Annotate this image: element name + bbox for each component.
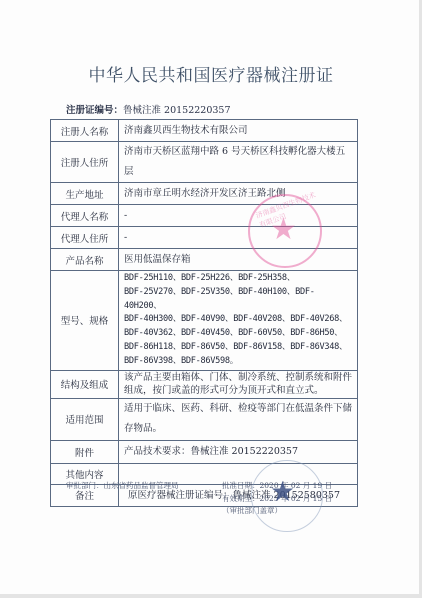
row-label: 代理人名称 xyxy=(51,205,119,227)
row-value: 济南鑫贝西生物技术有限公司 xyxy=(119,120,358,142)
table-row: 附件 产品技术要求：鲁械注准 20152220357 xyxy=(51,440,358,463)
row-value: 产品技术要求：鲁械注准 20152220357 xyxy=(119,440,358,463)
government-seal: ★ xyxy=(251,460,323,532)
row-value: 适用于临床、医药、科研、检疫等部门在低温条件下储存物品。 xyxy=(119,398,358,440)
row-label: 注册人名称 xyxy=(51,120,119,142)
row-label: 结构及组成 xyxy=(51,370,119,398)
star-icon: ★ xyxy=(270,475,295,508)
row-value: 济南市天桥区蓝翔中路 6 号天桥区科技孵化器大楼五层 xyxy=(119,142,358,183)
row-label: 注册人住所 xyxy=(51,142,119,183)
certificate-title: 中华人民共和国医疗器械注册证 xyxy=(0,61,422,86)
certificate-page: 中华人民共和国医疗器械注册证 注册证编号：鲁械注准 20152220357 注册… xyxy=(0,0,419,594)
row-label: 附件 xyxy=(51,440,119,463)
row-value: 医用低温保存箱 xyxy=(119,249,358,271)
row-label: 代理人住所 xyxy=(51,227,119,249)
table-row: 结构及组成 该产品主要由箱体、门体、制冷系统、控制系统和附件组成，按门或盖的形式… xyxy=(51,370,358,398)
row-label: 生产地址 xyxy=(51,183,119,205)
company-seal: 济南鑫贝西生物技术有限公司 ★ xyxy=(248,194,322,268)
certificate-table: 注册人名称 济南鑫贝西生物技术有限公司 注册人住所 济南市天桥区蓝翔中路 6 号… xyxy=(50,119,358,507)
table-row: 注册人名称 济南鑫贝西生物技术有限公司 xyxy=(51,120,358,142)
row-value: 济南市章丘明水经济开发区济王路北侧 xyxy=(119,183,358,205)
row-label: 型号、规格 xyxy=(51,271,119,371)
registration-number-value: 鲁械注准 20152220357 xyxy=(123,105,231,116)
row-value: 该产品主要由箱体、门体、制冷系统、控制系统和附件组成，按门或盖的形式可分为顶开式… xyxy=(119,370,358,398)
table-row: 注册人住所 济南市天桥区蓝翔中路 6 号天桥区科技孵化器大楼五层 xyxy=(51,142,358,183)
row-value: - xyxy=(119,205,358,227)
model-list: BDF-25H110、BDF-25H226、BDF-25H358、 BDF-25… xyxy=(119,271,358,371)
row-label: 产品名称 xyxy=(51,249,119,271)
star-icon: ★ xyxy=(270,212,297,247)
table-row: 适用范围 适用于临床、医药、科研、检疫等部门在低温条件下储存物品。 xyxy=(51,398,358,440)
table-row: 型号、规格 BDF-25H110、BDF-25H226、BDF-25H358、 … xyxy=(51,271,358,371)
registration-number: 注册证编号：鲁械注准 20152220357 xyxy=(66,102,231,116)
approval-department: 审批部门：山东省药品监督管理局 xyxy=(66,480,179,491)
row-label: 适用范围 xyxy=(51,398,119,440)
registration-number-label: 注册证编号： xyxy=(66,105,123,116)
